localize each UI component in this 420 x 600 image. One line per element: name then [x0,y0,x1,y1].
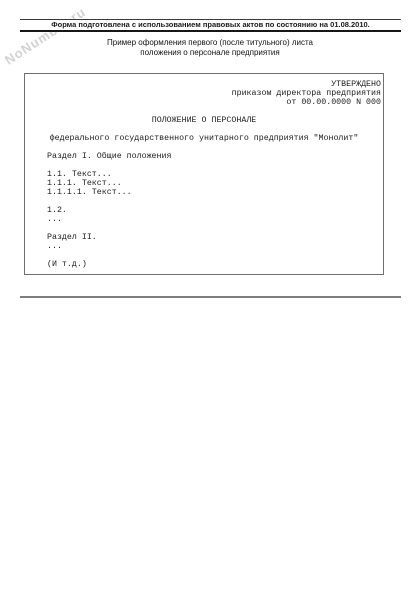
doc-item-line: 1.2. [25,206,383,215]
page-title: Пример оформления первого (после титульн… [0,38,420,58]
doc-blank-line [25,224,383,233]
site-watermark: NoNumber.ru [2,4,88,67]
doc-item-line: 1.1. Текст... [25,170,383,179]
page-title-line-2: положения о персонале предприятия [0,48,420,58]
doc-approval-line: приказом директора предприятия [25,89,383,98]
bottom-separator [20,296,401,298]
document-example-box: УТВЕРЖДЕНО приказом директора предприяти… [24,73,384,275]
doc-item-line: 1.1.1.1. Текст... [25,188,383,197]
doc-item-line: ... [25,242,383,251]
page-title-line-1: Пример оформления первого (после титульн… [0,38,420,48]
doc-blank-line [25,251,383,260]
prepared-notice-text: Форма подготовлена с использованием прав… [20,20,401,30]
doc-approval-line: УТВЕРЖДЕНО [25,80,383,89]
doc-blank-line [25,125,383,134]
doc-blank-line [25,197,383,206]
doc-approval-line: от 00.00.0000 N 000 [25,98,383,107]
prepared-notice-band: Форма подготовлена с использованием прав… [20,19,401,32]
doc-section-heading: Раздел II. [25,233,383,242]
doc-blank-line [25,161,383,170]
doc-blank-line [25,143,383,152]
doc-blank-line [25,107,383,116]
doc-org-line: федерального государственного унитарного… [25,134,383,143]
doc-title-line: ПОЛОЖЕНИЕ О ПЕРСОНАЛЕ [25,116,383,125]
doc-etc-line: (И т.д.) [25,260,383,269]
doc-item-line: 1.1.1. Текст... [25,179,383,188]
page: NoNumber.ru Форма подготовлена с использ… [0,0,420,600]
doc-item-line: ... [25,215,383,224]
doc-section-heading: Раздел I. Общие положения [25,152,383,161]
